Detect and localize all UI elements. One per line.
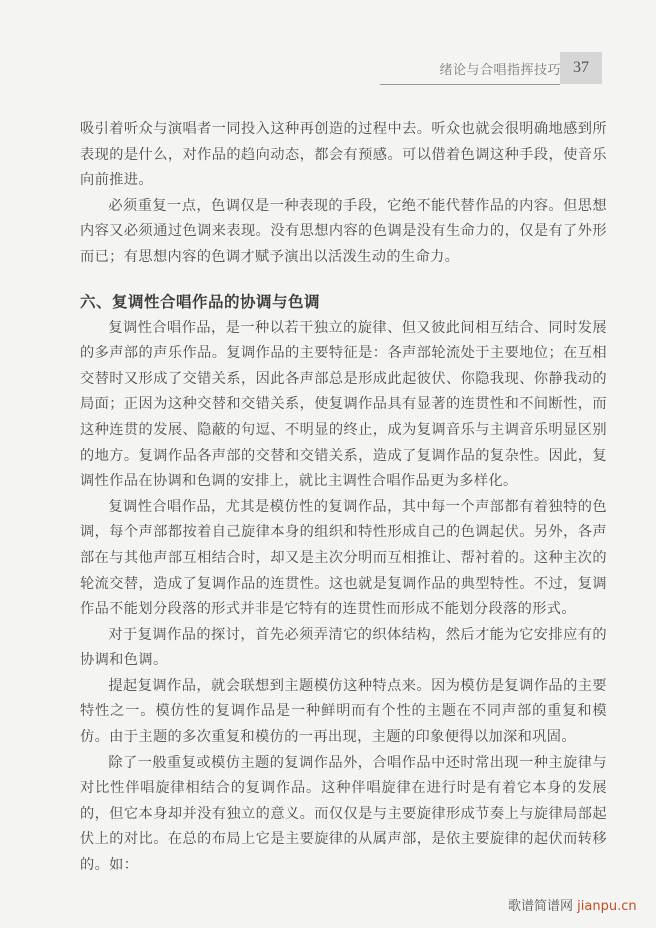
watermark-url: jianpu.cn [577, 899, 636, 914]
page-number: 37 [560, 52, 602, 84]
paragraph: 对于复调作品的探讨，首先必须弄清它的织体结构，然后才能为它安排应有的协调和色调。 [80, 623, 607, 674]
paragraph: 复调性合唱作品，是一种以若干独立的旋律、但又彼此间相互结合、同时发展的多声部的声… [80, 316, 607, 495]
paragraph: 提起复调作品，就会联想到主题模仿这种特点来。因为模仿是复调作品的主要特性之一。模… [80, 674, 607, 751]
paragraph: 复调性合唱作品，尤其是模仿性的复调作品，其中每一个声部都有着独特的色调，每个声部… [80, 495, 607, 623]
paragraph: 除了一般重复或模仿主题的复调作品外，合唱作品中还时常出现一种主旋律与对比性伴唱旋… [80, 751, 607, 879]
chapter-title: 绪论与合唱指挥技巧 [439, 59, 561, 78]
page-body: 吸引着听众与演唱者一同投入这种再创造的过程中去。听众也就会很明确地感到所表现的是… [80, 117, 607, 879]
paragraph: 必须重复一点，色调仅是一种表现的手段，它绝不能代替作品的内容。但思想内容又必须通… [80, 194, 607, 271]
running-header: 绪论与合唱指挥技巧 37 [0, 52, 656, 82]
paragraph: 吸引着听众与演唱者一同投入这种再创造的过程中去。听众也就会很明确地感到所表现的是… [80, 117, 607, 194]
watermark: 歌谱简谱网 jianpu.cn [508, 895, 637, 914]
section-heading: 六、复调性合唱作品的协调与色调 [80, 289, 607, 316]
header-divider [380, 84, 560, 85]
watermark-site-name: 歌谱简谱网 [508, 899, 573, 914]
